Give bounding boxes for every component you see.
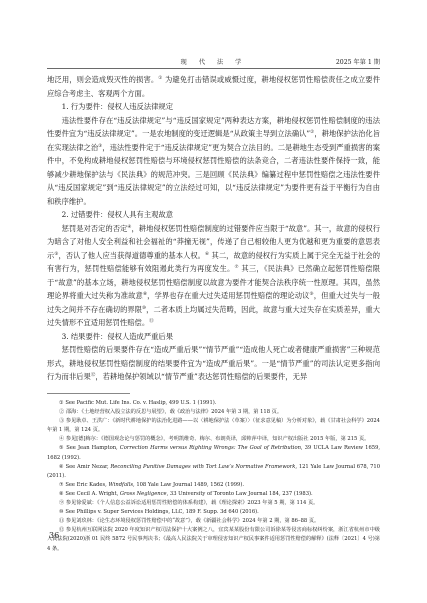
footnote-ref[interactable]: ⑪ <box>149 319 154 324</box>
footnote: ⑨ 参见徐爱斌：《个人信息公益诉讼适用惩罚性赔偿的体系构建》，载《理论探索》20… <box>47 499 380 508</box>
footnote: ⑤ See Jean Hampton, Correction Harms ver… <box>47 444 380 462</box>
document-page: 现 代 法 学 2025 年第 1 期 地泛用，则会造成毁灭性的损害。① 为避免… <box>47 0 380 603</box>
page-number: 36 <box>49 531 59 540</box>
section-heading: 2. 过错要件：侵权人具有主观故意 <box>47 208 380 222</box>
footnote: ① See Pacific Mut. Life Ins. Co. v. Hasl… <box>47 399 380 408</box>
footnote: ③ 参见耿卓、王洪广：《新时代耕地保护的法治化进路——以〈耕地保护法（草案）〉（… <box>47 417 380 435</box>
paragraph: 地泛用，则会造成毁灭性的损害。① 为避免打击错误或威慑过度，耕地侵权惩罚性赔偿责… <box>47 73 380 100</box>
footnote: ④ 参见[德]梅尔：《德国观念论与惩罚的概念》，考明凯维奇、梅尔、布朗英译，邱帅… <box>47 435 380 444</box>
footnote: ⑧ See Cecil A. Wright, Gross Negligence,… <box>47 490 380 499</box>
footnote: ⑦ See Eric Kades, Windfalls, 108 Yale La… <box>47 481 380 490</box>
section-heading: 3. 结果要件：侵权人造成严重后果 <box>47 330 380 344</box>
footnote: ⑫ 参见杭州互联网法院 2020 年度知识产权司法保护十大案例之八，宜宾某某股份… <box>47 526 380 553</box>
paragraph: 惩罚性赔偿的后果要件存在“造成严重后果”“情节严重”“造成他人死亡或者健康严重损… <box>47 343 380 384</box>
footnote: ⑥ See Amir Nezar, Reconciling Punitive D… <box>47 463 380 481</box>
paragraph: 违法性要件存在“违反法律规定”与“违反国家规定”两种表达方案，耕地侵权惩罚性赔偿… <box>47 114 380 209</box>
footnotes: ① See Pacific Mut. Life Ins. Co. v. Hasl… <box>47 399 380 554</box>
issue-label: 2025 年第 1 期 <box>336 57 380 66</box>
footnote: ⑩ See Phillips v. Super Services Holding… <box>47 508 380 517</box>
journal-title: 现 代 法 学 <box>47 57 380 66</box>
section-heading: 1. 行为要件：侵权人违反法律规定 <box>47 100 380 114</box>
footnote: ⑪ 参见刘玖林：《论生态环境侵权惩罚性赔偿中的“故意”》，载《新疆社会科学》20… <box>47 517 380 526</box>
body-text: 地泛用，则会造成毁灭性的损害。① 为避免打击错误或威慑过度，耕地侵权惩罚性赔偿责… <box>47 73 380 384</box>
footnote-rule <box>47 393 130 394</box>
running-header: 现 代 法 学 2025 年第 1 期 <box>47 57 380 67</box>
header-rule <box>47 68 380 69</box>
footnote: ② 邵海：《土地经营权入股立法的反思与展望》，载《政治与法律》2024 年第 3… <box>47 408 380 417</box>
paragraph: 惩罚是对否定的否定④，耕地侵权惩罚性赔偿制度的过错要件应当限于“故意”。其一，故… <box>47 222 380 330</box>
